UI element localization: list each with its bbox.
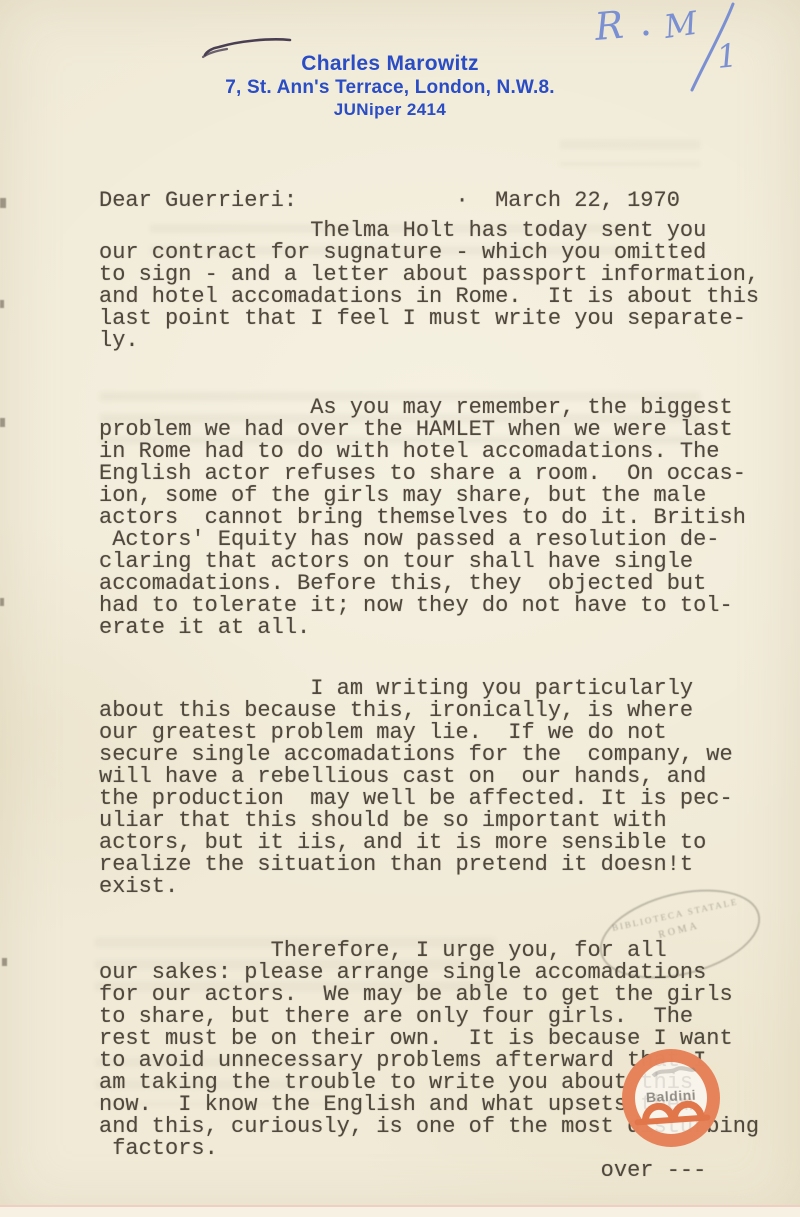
letterhead: Charles Marowitz 7, St. Ann's Terrace, L…	[140, 52, 640, 120]
handwritten-r: R	[592, 3, 625, 49]
scan-speck	[0, 300, 4, 308]
paragraph-2: As you may remember, the biggestproblem …	[99, 397, 759, 639]
handwritten-reference: R M 1	[580, 0, 770, 100]
scan-speck	[0, 418, 5, 427]
scan-speck	[2, 958, 7, 966]
paragraph-3: I am writing you particularlyabout this …	[99, 678, 759, 898]
salutation-and-date: Dear Guerrieri: · March 22, 1970	[99, 190, 759, 212]
handwritten-one: 1	[715, 36, 739, 76]
handwritten-m: M	[661, 4, 701, 47]
bleed-through-smudge	[560, 140, 700, 166]
handwritten-dot	[643, 30, 648, 35]
scan-speck	[0, 598, 4, 606]
scan-speck	[0, 198, 6, 208]
letterhead-name: Charles Marowitz	[140, 52, 640, 76]
letter-scan: Charles Marowitz 7, St. Ann's Terrace, L…	[0, 0, 800, 1217]
over-note: over ---	[99, 1160, 759, 1182]
paragraph-1: Thelma Holt has today sent youour contra…	[99, 220, 759, 352]
letterhead-phone: JUNiper 2414	[140, 100, 640, 120]
letterhead-address: 7, St. Ann's Terrace, London, N.W.8.	[140, 76, 640, 100]
letter-body: Dear Guerrieri: · March 22, 1970 Thelma …	[99, 190, 759, 1182]
baldini-stamp-label: Baldini	[646, 1087, 697, 1106]
scan-bottom-edge	[0, 1205, 800, 1217]
baldini-circular-stamp: Baldini	[622, 1049, 720, 1147]
